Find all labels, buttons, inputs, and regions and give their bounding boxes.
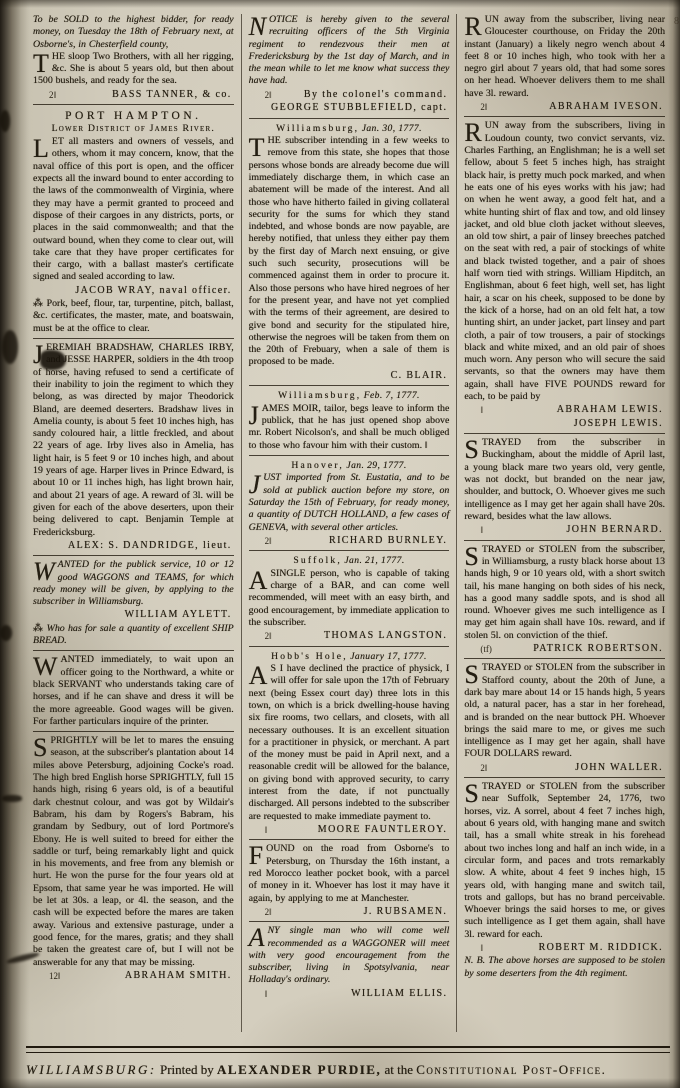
- ad-text: S I have declined the practice of physic…: [249, 663, 450, 822]
- ad-text: EREMIAH BRADSHAW, CHARLES IRBY, and JESS…: [33, 342, 234, 537]
- signature-name: ALEX: S. DANDRIDGE, lieut.: [33, 540, 234, 552]
- column-3: RUN away from the subscriber, living nea…: [456, 14, 667, 1032]
- ad-body: RUN away from the subscriber, living nea…: [464, 14, 665, 100]
- ad-dateline: Hobb's Hole, January 17, 1777.: [249, 651, 450, 664]
- ad-body: STRAYED from the subscriber in Buckingha…: [464, 437, 665, 523]
- ad-dateline: Hanover, Jan. 29, 1777.: [249, 460, 450, 473]
- ad-note: ⁂ Who has for sale a quantity of excelle…: [33, 623, 234, 648]
- newspaper-ad: Williamsburg, Feb. 7, 1777.JAMES MOIR, t…: [249, 385, 450, 455]
- ad-signature: 12‖ABRAHAM SMITH.: [33, 970, 234, 982]
- newspaper-ad: WANTED immediately, to wait upon an offi…: [33, 650, 234, 731]
- signature-name: MOORE FAUNTLEROY.: [249, 824, 450, 836]
- ad-body: WANTED for the publick service, 10 or 12…: [33, 559, 234, 608]
- footer-rule: [26, 1046, 670, 1053]
- signature-mark: (tf): [464, 643, 492, 655]
- ad-body: STRAYED or STOLEN from the subscriber in…: [464, 662, 665, 760]
- ad-text: UN away from the subscribers, living in …: [464, 120, 665, 402]
- dateline-date: Jan. 29, 1777.: [346, 460, 406, 471]
- drop-cap: S: [464, 662, 481, 685]
- drop-cap: L: [33, 136, 52, 159]
- ink-blot: [2, 330, 18, 364]
- ad-signature: WILLIAM AYLETT.: [33, 609, 234, 621]
- drop-cap: S: [464, 437, 481, 460]
- newspaper-ad: Hobb's Hole, January 17, 1777.AS I have …: [249, 646, 450, 840]
- ad-text: HE sloop Two Brothers, with all her rigg…: [33, 51, 234, 87]
- drop-cap: T: [249, 135, 268, 158]
- signature-name: ABRAHAM SMITH.: [33, 970, 234, 982]
- ad-dateline: Suffolk, Jan. 21, 1777.: [249, 555, 450, 568]
- signature-name: JOHN WALLER.: [464, 762, 665, 774]
- ad-text: HE subscriber intending in a few weeks t…: [249, 135, 450, 367]
- signature-name: BASS TANNER, & co.: [33, 89, 234, 101]
- page-edge-top: [0, 0, 680, 8]
- signature-name: ABRAHAM LEWIS.: [464, 404, 665, 416]
- dateline-date: Jan. 30, 1777.: [362, 123, 422, 134]
- ad-signature: ‖MOORE FAUNTLEROY.: [249, 824, 450, 836]
- drop-cap: A: [249, 663, 271, 686]
- signature-name: By the colonel's command.: [249, 89, 450, 101]
- imprint-footer: WILLIAMSBURG: Printed by ALEXANDER PURDI…: [26, 1046, 670, 1078]
- ad-dateline: Williamsburg, Jan. 30, 1777.: [249, 123, 450, 136]
- signature-mark: ‖: [464, 524, 483, 536]
- dateline-place: Suffolk,: [293, 555, 342, 566]
- drop-cap: S: [33, 735, 50, 758]
- page-edge-right: [668, 0, 680, 1088]
- signature-mark: ‖: [249, 824, 268, 836]
- ad-body: ASINGLE person, who is capable of taking…: [249, 568, 450, 629]
- newspaper-ad: NOTICE is hereby given to the several re…: [249, 14, 450, 118]
- dateline-place: Williamsburg,: [278, 390, 361, 401]
- ad-text: TRAYED or STOLEN from the subscriber nea…: [464, 781, 665, 940]
- dateline-place: Williamsburg,: [276, 123, 359, 134]
- signature-mark: ‖: [249, 988, 268, 1000]
- newspaper-ad: RUN away from the subscribers, living in…: [464, 116, 665, 433]
- drop-cap: R: [464, 14, 484, 37]
- drop-cap: N: [249, 14, 269, 37]
- ad-text: PRIGHTLY will be let to mares the ensuin…: [33, 735, 234, 967]
- drop-cap: J: [249, 472, 264, 495]
- ad-signature: 2‖RICHARD BURNLEY.: [249, 535, 450, 547]
- imprint-printed-by: Printed by: [160, 1062, 214, 1077]
- ink-blot: [40, 350, 66, 370]
- signature-name: WILLIAM AYLETT.: [33, 609, 234, 621]
- dateline-date: Jan. 21, 1777.: [344, 555, 404, 566]
- ad-signature: ‖ROBERT M. RIDDICK.: [464, 942, 665, 954]
- signature-name: ROBERT M. RIDDICK.: [464, 942, 665, 954]
- ad-body: JUST imported from St. Eustatia, and to …: [249, 472, 450, 533]
- ad-text: OUND on the road from Osborne's to Peter…: [249, 843, 450, 903]
- signature-mark: 2‖: [249, 89, 272, 101]
- ad-text: AMES MOIR, tailor, begs leave to inform …: [249, 403, 450, 451]
- newspaper-page: To be SOLD to the highest bidder, for re…: [0, 0, 680, 1088]
- dateline-place: Hobb's Hole,: [271, 651, 348, 662]
- ad-body: RUN away from the subscribers, living in…: [464, 120, 665, 403]
- ad-text: UST imported from St. Eustatia, and to b…: [249, 472, 450, 532]
- drop-cap: S: [464, 544, 481, 567]
- ad-heading: PORT HAMPTON.: [33, 110, 234, 123]
- columns-container: To be SOLD to the highest bidder, for re…: [32, 14, 667, 1032]
- ink-blot: [2, 795, 22, 802]
- signature-name: GEORGE STUBBLEFIELD, capt.: [249, 102, 450, 114]
- ad-text: TRAYED or STOLEN from the subscriber, in…: [464, 544, 665, 641]
- imprint-place: WILLIAMSBURG:: [26, 1062, 157, 1077]
- newspaper-ad: RUN away from the subscriber, living nea…: [464, 14, 665, 116]
- drop-cap: S: [464, 781, 481, 804]
- signature-name: JOHN BERNARD.: [464, 524, 665, 536]
- ad-body: JEREMIAH BRADSHAW, CHARLES IRBY, and JES…: [33, 342, 234, 539]
- signature-name: C. BLAIR.: [249, 370, 450, 382]
- signature-name: THOMAS LANGSTON.: [249, 630, 450, 642]
- binding-shadow-left: [0, 0, 30, 1088]
- ad-signature: 2‖BASS TANNER, & co.: [33, 89, 234, 101]
- ad-signature: GEORGE STUBBLEFIELD, capt.: [249, 102, 450, 114]
- newspaper-ad: STRAYED from the subscriber in Buckingha…: [464, 433, 665, 539]
- ad-note: N. B. The above horses are supposed to b…: [464, 955, 665, 980]
- ad-text: NY single man who will come well recomme…: [249, 925, 450, 985]
- ink-blot: [0, 625, 12, 641]
- ad-dateline: Williamsburg, Feb. 7, 1777.: [249, 390, 450, 403]
- imprint-office: Constitutional Post-Office.: [416, 1062, 606, 1077]
- ink-blot: [0, 110, 10, 132]
- ad-signature: 2‖JOHN WALLER.: [464, 762, 665, 774]
- ad-text: ANTED for the publick service, 10 or 12 …: [33, 559, 234, 607]
- signature-mark: 2‖: [464, 762, 487, 774]
- drop-cap: W: [33, 559, 58, 582]
- drop-cap: A: [249, 925, 268, 948]
- drop-cap: T: [33, 51, 52, 74]
- signature-name: J. RUBSAMEN.: [249, 906, 450, 918]
- ad-note: ⁂ Pork, beef, flour, tar, turpentine, pi…: [33, 298, 234, 335]
- newspaper-ad: Hanover, Jan. 29, 1777.JUST imported fro…: [249, 455, 450, 550]
- signature-name: JACOB WRAY, naval officer.: [33, 285, 234, 297]
- ad-signature: C. BLAIR.: [249, 370, 450, 382]
- ad-body: THE sloop Two Brothers, with all her rig…: [33, 51, 234, 88]
- page-edge-bottom: [0, 1078, 680, 1088]
- ad-body: FOUND on the road from Osborne's to Pete…: [249, 843, 450, 904]
- signature-mark: 2‖: [33, 89, 56, 101]
- signature-mark: 2‖: [464, 101, 487, 113]
- newspaper-ad: To be SOLD to the highest bidder, for re…: [33, 14, 234, 104]
- newspaper-ad: SPRIGHTLY will be let to mares the ensui…: [33, 731, 234, 985]
- signature-mark: 2‖: [249, 906, 272, 918]
- ad-signature: JACOB WRAY, naval officer.: [33, 285, 234, 297]
- ad-body: THE subscriber intending in a few weeks …: [249, 135, 450, 369]
- ad-body: AS I have declined the practice of physi…: [249, 663, 450, 823]
- newspaper-ad: STRAYED or STOLEN from the subscriber, i…: [464, 540, 665, 659]
- ad-signature: 2‖THOMAS LANGSTON.: [249, 630, 450, 642]
- ad-signature: ‖ABRAHAM LEWIS.: [464, 404, 665, 416]
- newspaper-ad: STRAYED or STOLEN from the subscriber ne…: [464, 777, 665, 983]
- ad-text: SINGLE person, who is capable of taking …: [249, 568, 450, 628]
- ad-body: NOTICE is hereby given to the several re…: [249, 14, 450, 88]
- ad-text: TRAYED or STOLEN from the subscriber in …: [464, 662, 665, 759]
- signature-name: JOSEPH LEWIS.: [464, 418, 665, 430]
- ad-signature: (tf)PATRICK ROBERTSON.: [464, 643, 665, 655]
- signature-name: RICHARD BURNLEY.: [249, 535, 450, 547]
- signature-mark: ‖: [464, 404, 483, 416]
- ad-text: ANTED immediately, to wait upon an offic…: [33, 654, 234, 726]
- drop-cap: A: [249, 568, 271, 591]
- dateline-date: Feb. 7, 1777.: [364, 390, 420, 401]
- ad-text: UN away from the subscriber, living near…: [464, 14, 665, 99]
- ad-subheading: Lower District of James River.: [33, 123, 234, 135]
- ad-signature: ‖WILLIAM ELLIS.: [249, 988, 450, 1000]
- imprint-line: WILLIAMSBURG: Printed by ALEXANDER PURDI…: [26, 1062, 670, 1078]
- ad-intro: To be SOLD to the highest bidder, for re…: [33, 14, 234, 51]
- ad-text: ET all masters and owners of vessels, an…: [33, 136, 234, 282]
- imprint-printer: ALEXANDER PURDIE,: [217, 1062, 381, 1077]
- ad-signature: 2‖ABRAHAM IVESON.: [464, 101, 665, 113]
- ad-body: SPRIGHTLY will be let to mares the ensui…: [33, 735, 234, 969]
- signature-name: PATRICK ROBERTSON.: [464, 643, 665, 655]
- ad-body: WANTED immediately, to wait upon an offi…: [33, 654, 234, 728]
- signature-mark: 2‖: [249, 630, 272, 642]
- newspaper-ad: Suffolk, Jan. 21, 1777.ASINGLE person, w…: [249, 550, 450, 645]
- dateline-place: Hanover,: [291, 460, 344, 471]
- ad-body: STRAYED or STOLEN from the subscriber ne…: [464, 781, 665, 941]
- newspaper-ad: JEREMIAH BRADSHAW, CHARLES IRBY, and JES…: [33, 338, 234, 555]
- newspaper-ad: PORT HAMPTON.Lower District of James Riv…: [33, 104, 234, 338]
- signature-mark: 2‖: [249, 535, 272, 547]
- ad-text: OTICE is hereby given to the several rec…: [249, 14, 450, 86]
- ad-signature: ‖JOHN BERNARD.: [464, 524, 665, 536]
- drop-cap: J: [249, 403, 262, 426]
- ad-signature: JOSEPH LEWIS.: [464, 418, 665, 430]
- ad-signature: ALEX: S. DANDRIDGE, lieut.: [33, 540, 234, 552]
- drop-cap: R: [464, 120, 484, 143]
- adjacent-page-fragment: 8: [674, 16, 679, 27]
- ad-signature: 2‖J. RUBSAMEN.: [249, 906, 450, 918]
- column-2: NOTICE is hereby given to the several re…: [241, 14, 457, 1032]
- ad-text: TRAYED from the subscriber in Buckingham…: [464, 437, 665, 522]
- newspaper-ad: WANTED for the publick service, 10 or 12…: [33, 555, 234, 650]
- ad-body: STRAYED or STOLEN from the subscriber, i…: [464, 544, 665, 642]
- signature-mark: ‖: [464, 942, 483, 954]
- dateline-date: January 17, 1777.: [350, 651, 427, 662]
- column-1: To be SOLD to the highest bidder, for re…: [32, 14, 241, 1032]
- newspaper-ad: ANY single man who will come well recomm…: [249, 921, 450, 1003]
- ad-body: LET all masters and owners of vessels, a…: [33, 136, 234, 284]
- newspaper-ad: FOUND on the road from Osborne's to Pete…: [249, 839, 450, 921]
- newspaper-ad: Williamsburg, Jan. 30, 1777.THE subscrib…: [249, 118, 450, 386]
- drop-cap: W: [33, 654, 61, 677]
- newspaper-ad: STRAYED or STOLEN from the subscriber in…: [464, 658, 665, 777]
- signature-name: ABRAHAM IVESON.: [464, 101, 665, 113]
- ad-body: JAMES MOIR, tailor, begs leave to inform…: [249, 403, 450, 452]
- signature-mark: 12‖: [33, 970, 61, 982]
- drop-cap: F: [249, 843, 266, 866]
- signature-name: WILLIAM ELLIS.: [249, 988, 450, 1000]
- ad-body: ANY single man who will come well recomm…: [249, 925, 450, 986]
- imprint-at-the: at the: [384, 1062, 413, 1077]
- ad-signature: 2‖By the colonel's command.: [249, 89, 450, 101]
